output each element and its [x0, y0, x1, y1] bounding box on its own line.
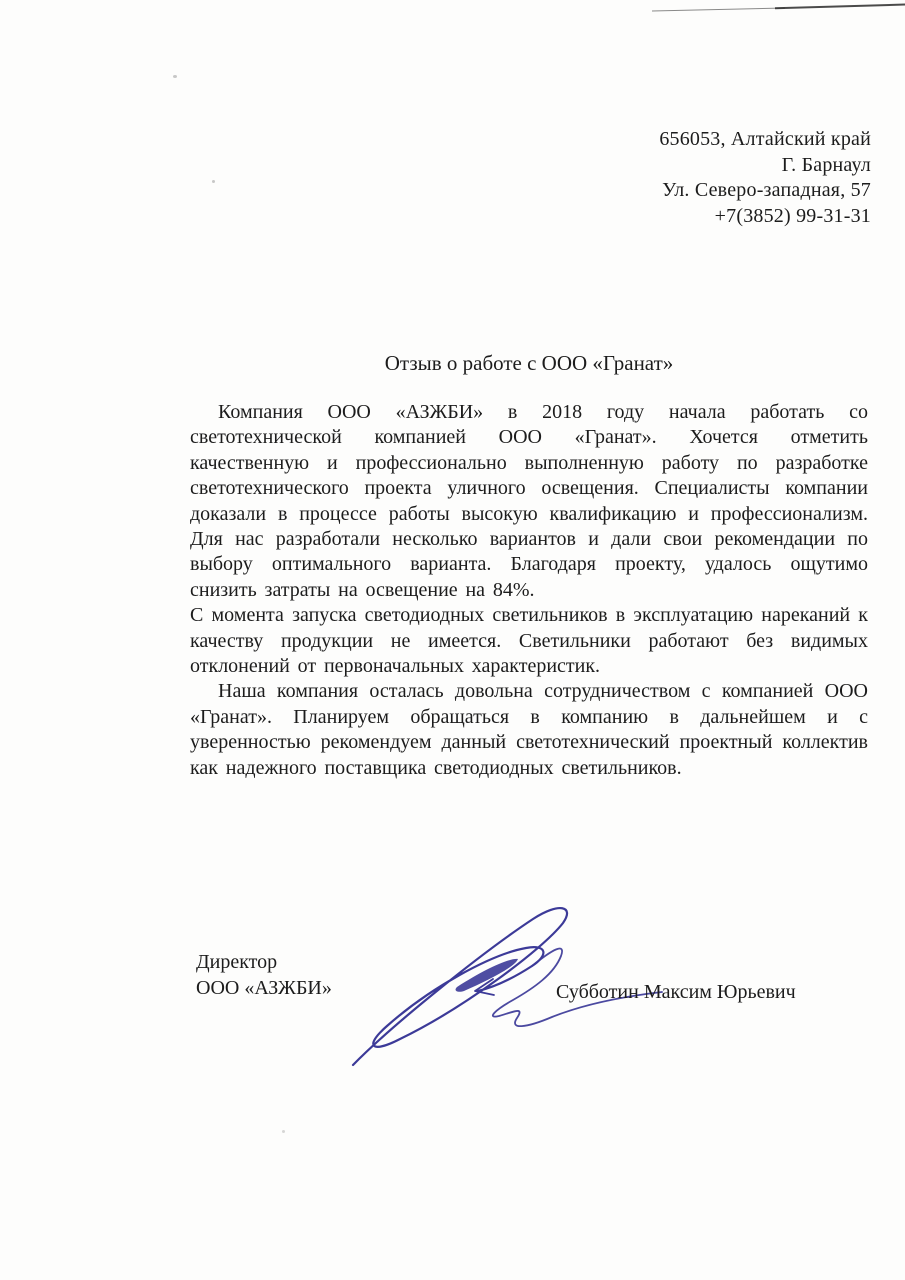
address-phone-line: +7(3852) 99-31-31	[659, 204, 871, 230]
body-paragraph-1: Компания ООО «АЗЖБИ» в 2018 году начала …	[190, 400, 868, 603]
address-street-line: Ул. Северо-западная, 57	[659, 178, 871, 204]
sender-address-block: 656053, Алтайский край Г. Барнаул Ул. Се…	[659, 127, 871, 229]
scan-speck	[282, 1130, 285, 1133]
signer-position-title: Директор	[196, 950, 332, 976]
body-paragraph-2: С момента запуска светодиодных светильни…	[190, 603, 868, 679]
scan-line-artifact	[650, 0, 905, 16]
address-region-line: 656053, Алтайский край	[659, 127, 871, 153]
letter-body: Компания ООО «АЗЖБИ» в 2018 году начала …	[190, 400, 868, 781]
signer-name: Субботин Максим Юрьевич	[556, 980, 796, 1005]
scanned-letter-page: 656053, Алтайский край Г. Барнаул Ул. Се…	[0, 0, 905, 1280]
scan-speck	[173, 75, 177, 78]
body-paragraph-3: Наша компания осталась довольна сотрудни…	[190, 679, 868, 781]
signature-main-stroke	[353, 908, 567, 1065]
document-title: Отзыв о работе с ООО «Гранат»	[190, 351, 868, 376]
signer-title-block: Директор ООО «АЗЖБИ»	[196, 950, 332, 1001]
address-city-line: Г. Барнаул	[659, 153, 871, 179]
signature-arrow-hook	[475, 979, 494, 995]
signature-ink-fill	[456, 959, 518, 992]
signer-company: ООО «АЗЖБИ»	[196, 976, 332, 1002]
scan-speck	[212, 180, 215, 183]
